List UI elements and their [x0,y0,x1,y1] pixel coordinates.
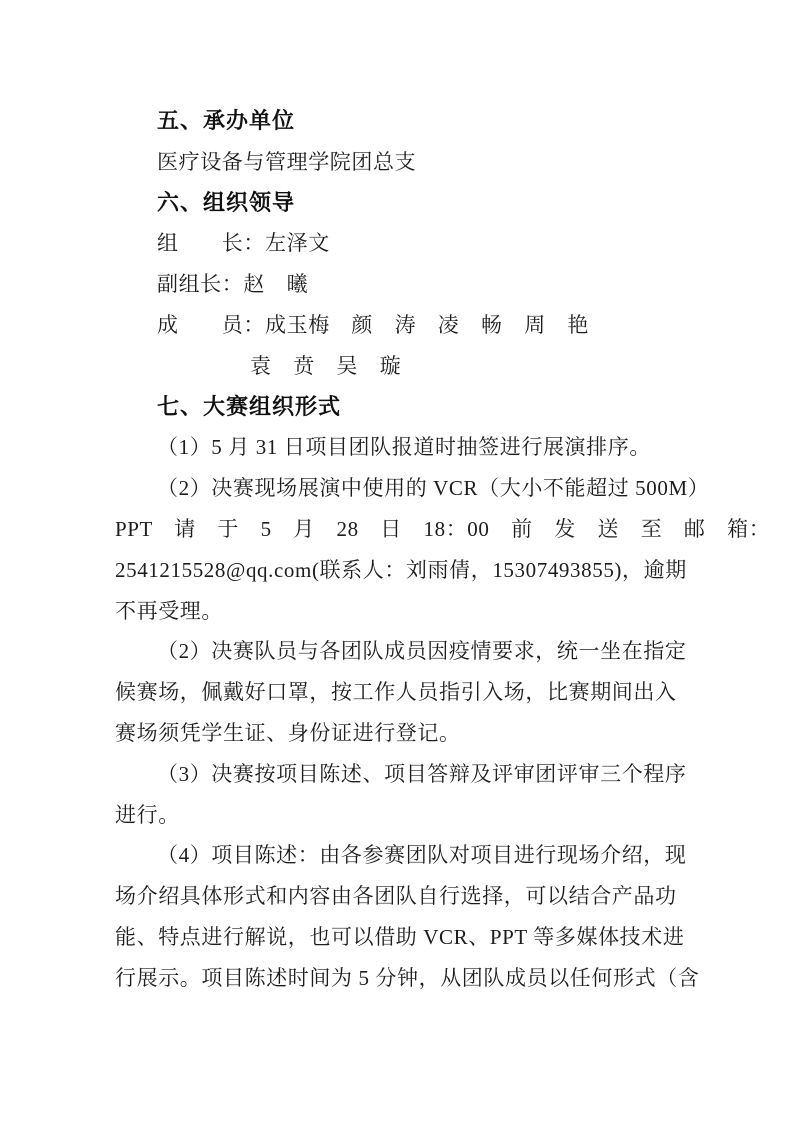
section-7-item-4-line-1: （4）项目陈述：由各参赛团队对项目进行现场介绍，现 [115,835,693,876]
section-7-item-4-line-2: 场介绍具体形式和内容由各团队自行选择，可以结合产品功 [115,876,693,917]
section-7-item-2-line-3: 2541215528@qq.com(联系人：刘雨倩，15307493855)，逾… [115,550,693,591]
section-7-item-2b-line-3: 赛场须凭学生证、身份证进行登记。 [115,713,693,754]
section-7-item-2b-line-1: （2）决赛队员与各团队成员因疫情要求，统一坐在指定 [115,631,693,672]
document-page: 五、承办单位 医疗设备与管理学院团总支 六、组织领导 组 长：左泽文 副组长：赵… [0,0,793,1122]
section-6-heading: 六、组织领导 [115,183,693,224]
leader-line: 组 长：左泽文 [115,223,693,264]
section-7-item-4-line-4: 行展示。项目陈述时间为 5 分钟，从团队成员以任何形式（含 [115,958,693,999]
section-7-item-3-line-1: （3）决赛按项目陈述、项目答辩及评审团评审三个程序 [115,754,693,795]
section-7-item-2-line-2: PPT 请 于 5 月 28 日 18：00 前 发 送 至 邮 箱： [115,509,693,550]
deputy-leader-line: 副组长：赵 曦 [115,264,693,305]
section-7-item-2b-line-2: 候赛场，佩戴好口罩，按工作人员指引入场，比赛期间出入 [115,672,693,713]
members-line-2: 袁 贲 吴 璇 [115,346,693,387]
section-7-item-4-line-3: 能、特点进行解说，也可以借助 VCR、PPT 等多媒体技术进 [115,917,693,958]
section-5-heading: 五、承办单位 [115,101,693,142]
document-body: 五、承办单位 医疗设备与管理学院团总支 六、组织领导 组 长：左泽文 副组长：赵… [115,101,693,999]
members-line-1: 成 员：成玉梅 颜 涛 凌 畅 周 艳 [115,305,693,346]
section-7-item-3-line-2: 进行。 [115,795,693,836]
section-7-heading: 七、大赛组织形式 [115,387,693,428]
section-7-item-2-line-4: 不再受理。 [115,591,693,632]
organizer-line: 医疗设备与管理学院团总支 [115,142,693,183]
section-7-item-1: （1）5 月 31 日项目团队报道时抽签进行展演排序。 [115,427,693,468]
section-7-item-2-line-1: （2）决赛现场展演中使用的 VCR（大小不能超过 500M） [115,468,693,509]
